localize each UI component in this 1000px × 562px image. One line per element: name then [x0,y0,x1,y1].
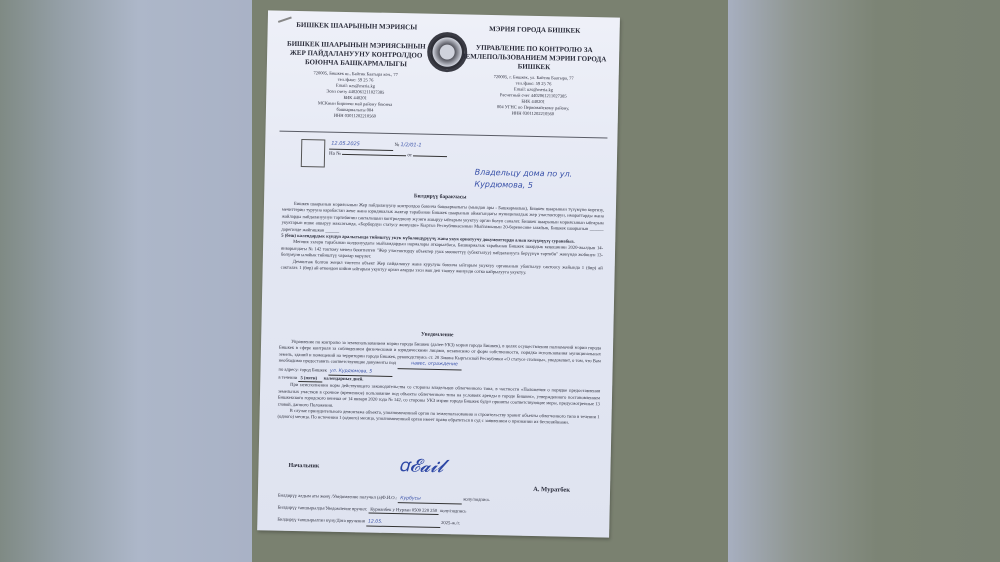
year-suffix: 2025-ж./г. [441,520,460,525]
object-handwritten: навес, ограждение [397,361,461,370]
reference-block: 12.05.2025 № 1/2/01-1 На № от [329,140,448,161]
signer-name: А. Муратбек [533,486,570,494]
receipt-delivered: Билдирүү тапшырылды/Уведомление вручил: … [278,505,600,519]
na-label: На № [329,152,341,157]
sign-label: колу/подпись [463,497,489,503]
ot-blank [413,155,447,157]
date-label: Билдирүү тапшырылган күнү/Дата вручения [277,517,365,524]
blurred-background-right [728,0,1000,562]
ref-number-label: № [394,143,399,148]
notice-document: БИШКЕК ШААРЫНЫН МЭРИЯСЫ БИШКЕК ШААРЫНЫН … [257,10,620,537]
stamp-box [301,139,326,167]
addressee-handwritten: Владельцу дома по ул. Курдюмова, 5 [474,167,616,194]
header-kyrgyz: БИШКЕК ШААРЫНЫН МЭРИЯСЫ БИШКЕК ШААРЫНЫН … [280,21,432,121]
signature-scribble: ꭤ𝓔𝓪𝓲𝓵 [398,453,444,478]
address-block-ky: 720005, Бишкек ш., Байтик Баатыра көч., … [280,70,431,121]
signer-position: Начальник [288,463,319,470]
na-blank [342,154,406,156]
address-block-ru: 720005, г. Бишкек, ул. Байтик Баатыра, 7… [458,73,609,118]
received-value: Курбусы [398,496,462,504]
ref-number: 1/2/01-1 [400,142,421,148]
org-name-ky: БИШКЕК ШААРЫНЫН МЭРИЯСЫ [282,21,432,33]
deadline-suffix: календарных дней. [324,376,364,382]
address-label: по адресу: город Бишкек [278,366,327,372]
dept-name-ky: БИШКЕК ШААРЫНЫН МЭРИЯСЫНЫН ЖЕР ПАЙДАЛАНУ… [281,40,432,70]
deadline-prefix: в течении [278,375,297,380]
notice-body-ru: Управление по контролю за землепользован… [277,339,601,466]
delivered-label: Билдирүү тапшырылды/Уведомление вручил: [278,505,368,512]
dept-name-ru: УПРАВЛЕНИЕ ПО КОНТРОЛЮ ЗА ЗЕМЛЕПОЛЬЗОВАН… [459,43,610,73]
blurred-background-left [0,0,252,562]
delivered-value: Курманбек у Нурлан 0509 220 250 [368,507,439,515]
header-russian: МЭРИЯ ГОРОДА БИШКЕК УПРАВЛЕНИЕ ПО КОНТРО… [458,24,610,118]
org-name-ru: МЭРИЯ ГОРОДА БИШКЕК [460,24,610,36]
date-value: 12.05. [366,519,440,528]
header-divider [280,131,608,139]
received-label: Билдирүү алдым аты жөнү /Уведомление пол… [278,493,397,500]
notice-body-ky: Бишкек шаарынын мэриясынын Жер пайдалану… [280,201,604,328]
receipt-date: Билдирүү тапшырылган күнү/Дата вручения … [277,517,599,532]
sign-label: колу/подпись [440,508,466,514]
ot-label: от [407,153,412,158]
